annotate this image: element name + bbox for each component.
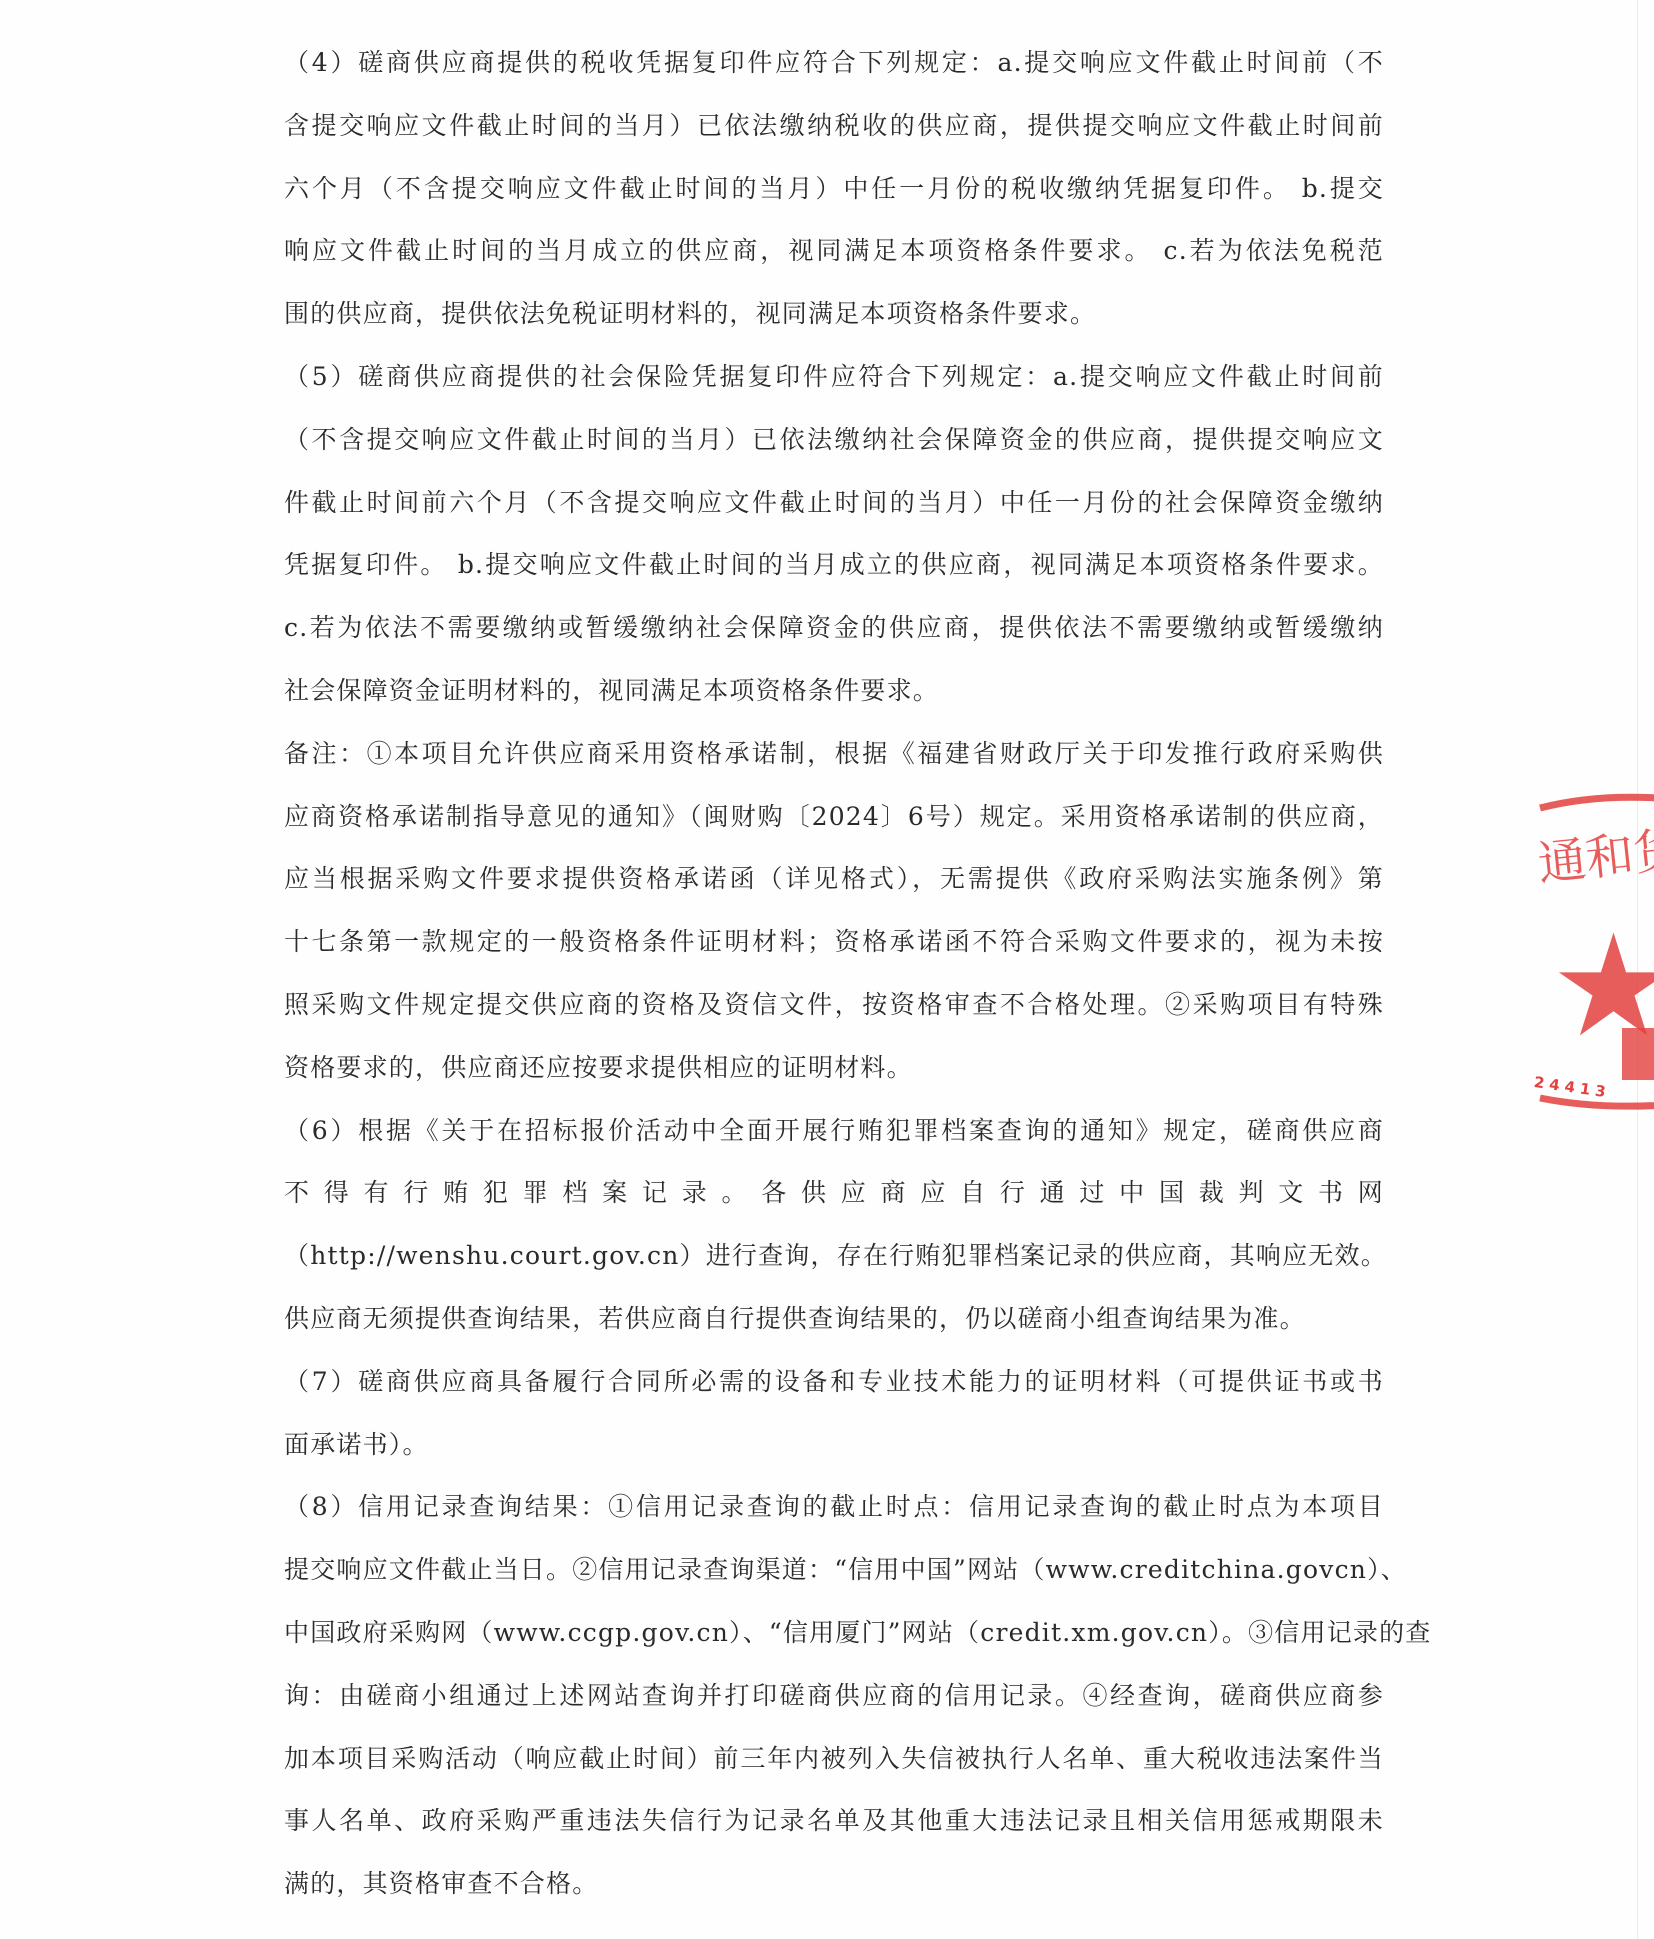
text-line: 事人名单、政府采购严重违法失信行为记录名单及其他重大违法记录且相关信用惩戒期限未 xyxy=(284,1790,1384,1853)
text-line: （7）磋商供应商具备履行合同所必需的设备和专业技术能力的证明材料（可提供证书或书 xyxy=(284,1351,1384,1414)
text-line: （6）根据《关于在招标报价活动中全面开展行贿犯罪档案查询的通知》规定，磋商供应商 xyxy=(284,1100,1384,1163)
seal-serial: 24413 xyxy=(1533,1073,1612,1102)
paragraph-item-8: （8）信用记录查询结果：①信用记录查询的截止时点：信用记录查询的截止时点为本项目… xyxy=(284,1476,1384,1916)
text-line: 中国政府采购网（www.ccgp.gov.cn）、“信用厦门”网站（credit… xyxy=(284,1602,1384,1665)
text-line: 不得有行贿犯罪档案记录。各供应商应自行通过中国裁判文书网 xyxy=(284,1162,1384,1225)
text-line: （5）磋商供应商提供的社会保险凭据复印件应符合下列规定：a.提交响应文件截止时间… xyxy=(284,346,1384,409)
text-line: 响应文件截止时间的当月成立的供应商，视同满足本项资格条件要求。 c.若为依法免税… xyxy=(284,220,1384,283)
text-line: 加本项目采购活动（响应截止时间）前三年内被列入失信被执行人名单、重大税收违法案件… xyxy=(284,1728,1384,1791)
text-line: 社会保障资金证明材料的，视同满足本项资格条件要求。 xyxy=(284,660,1384,723)
text-line: 凭据复印件。 b.提交响应文件截止时间的当月成立的供应商，视同满足本项资格条件要… xyxy=(284,534,1384,597)
text-line: 围的供应商，提供依法免税证明材料的，视同满足本项资格条件要求。 xyxy=(284,283,1384,346)
text-line: 件截止时间前六个月（不含提交响应文件截止时间的当月）中任一月份的社会保障资金缴纳 xyxy=(284,472,1384,535)
text-line: （4）磋商供应商提供的税收凭据复印件应符合下列规定：a.提交响应文件截止时间前（… xyxy=(284,32,1384,95)
scan-edge xyxy=(1637,0,1638,1939)
text-line: （http://wenshu.court.gov.cn）进行查询，存在行贿犯罪档… xyxy=(284,1225,1384,1288)
paragraph-remark: 备注：①本项目允许供应商采用资格承诺制，根据《福建省财政厅关于印发推行政府采购供… xyxy=(284,723,1384,1100)
paragraph-item-5: （5）磋商供应商提供的社会保险凭据复印件应符合下列规定：a.提交响应文件截止时间… xyxy=(284,346,1384,723)
official-seal-stamp: 通和货 24413 xyxy=(1530,780,1654,1120)
seal-char-fragment xyxy=(1622,1028,1654,1080)
paragraph-item-6: （6）根据《关于在招标报价活动中全面开展行贿犯罪档案查询的通知》规定，磋商供应商… xyxy=(284,1100,1384,1351)
text-line: 供应商无须提供查询结果，若供应商自行提供查询结果的，仍以磋商小组查询结果为准。 xyxy=(284,1288,1384,1351)
text-line: 六个月（不含提交响应文件截止时间的当月）中任一月份的税收缴纳凭据复印件。 b.提… xyxy=(284,158,1384,221)
text-line: 含提交响应文件截止时间的当月）已依法缴纳税收的供应商，提供提交响应文件截止时间前 xyxy=(284,95,1384,158)
text-line: 十七条第一款规定的一般资格条件证明材料；资格承诺函不符合采购文件要求的，视为未按 xyxy=(284,911,1384,974)
text-line: 应商资格承诺制指导意见的通知》（闽财购〔2024〕6号）规定。采用资格承诺制的供… xyxy=(284,786,1384,849)
document-body: （4）磋商供应商提供的税收凭据复印件应符合下列规定：a.提交响应文件截止时间前（… xyxy=(284,32,1384,1916)
text-line: 提交响应文件截止当日。②信用记录查询渠道：“信用中国”网站（www.credit… xyxy=(284,1539,1384,1602)
text-line: （不含提交响应文件截止时间的当月）已依法缴纳社会保障资金的供应商，提供提交响应文 xyxy=(284,409,1384,472)
text-line: 资格要求的，供应商还应按要求提供相应的证明材料。 xyxy=(284,1037,1384,1100)
star-icon xyxy=(1559,933,1654,1036)
text-line: （8）信用记录查询结果：①信用记录查询的截止时点：信用记录查询的截止时点为本项目 xyxy=(284,1476,1384,1539)
paragraph-item-4: （4）磋商供应商提供的税收凭据复印件应符合下列规定：a.提交响应文件截止时间前（… xyxy=(284,32,1384,346)
text-line: 询：由磋商小组通过上述网站查询并打印磋商供应商的信用记录。④经查询，磋商供应商参 xyxy=(284,1665,1384,1728)
text-line: c.若为依法不需要缴纳或暂缓缴纳社会保障资金的供应商，提供依法不需要缴纳或暂缓缴… xyxy=(284,597,1384,660)
text-line: 面承诺书）。 xyxy=(284,1414,1384,1477)
text-line: 满的，其资格审查不合格。 xyxy=(284,1853,1384,1916)
text-line: 照采购文件规定提交供应商的资格及资信文件，按资格审查不合格处理。②采购项目有特殊 xyxy=(284,974,1384,1037)
paragraph-item-7: （7）磋商供应商具备履行合同所必需的设备和专业技术能力的证明材料（可提供证书或书… xyxy=(284,1351,1384,1477)
document-page: （4）磋商供应商提供的税收凭据复印件应符合下列规定：a.提交响应文件截止时间前（… xyxy=(0,0,1654,1939)
text-line: 应当根据采购文件要求提供资格承诺函（详见格式），无需提供《政府采购法实施条例》第 xyxy=(284,848,1384,911)
text-line: 备注：①本项目允许供应商采用资格承诺制，根据《福建省财政厅关于印发推行政府采购供 xyxy=(284,723,1384,786)
